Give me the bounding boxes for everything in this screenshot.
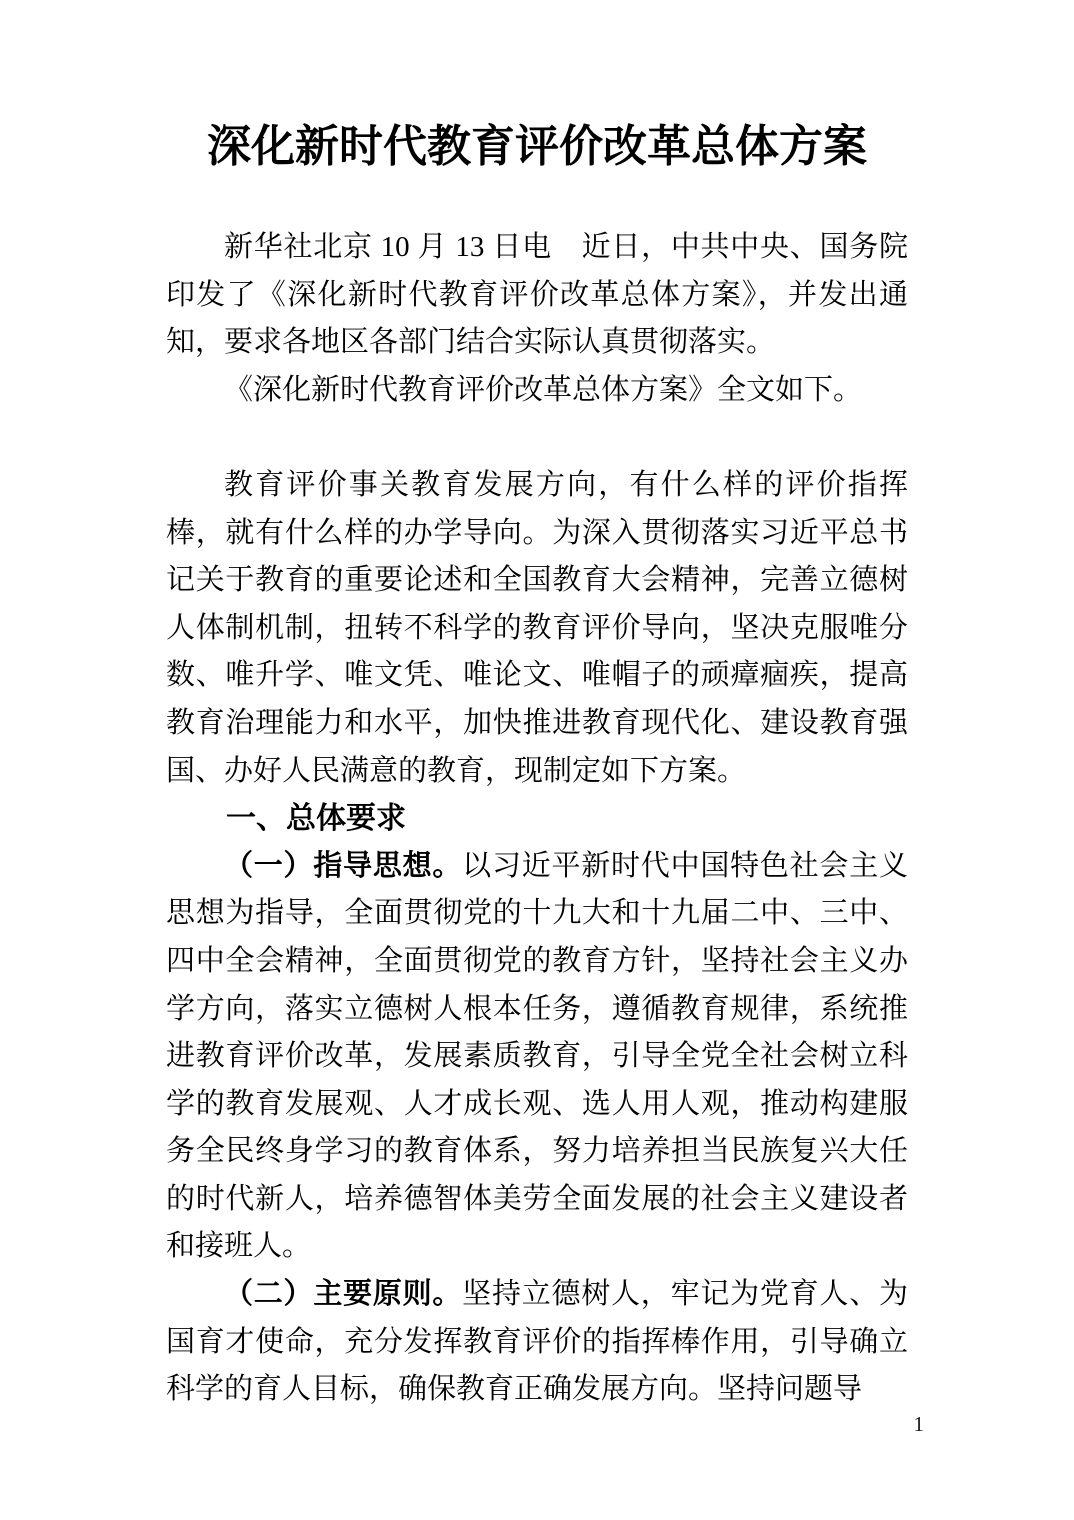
paragraph-dateline: 新华社北京 10 月 13 日电 近日，中共中央、国务院印发了《深化新时代教育评… [166,224,908,367]
guiding-ideology-text: 以习近平新时代中国特色社会主义思想为指导，全面贯彻党的十九大和十九届二中、三中、… [166,850,908,1263]
main-principles-lead: （二）主要原则。 [224,1278,462,1310]
document-body: 新华社北京 10 月 13 日电 近日，中共中央、国务院印发了《深化新时代教育评… [166,224,908,1414]
paragraph-intro: 教育评价事关教育发展方向，有什么样的评价指挥棒，就有什么样的办学导向。为深入贯彻… [166,462,908,795]
blank-line [166,414,908,462]
section-heading-overall-requirements: 一、总体要求 [166,795,908,843]
guiding-ideology-lead: （一）指导思想。 [224,850,462,882]
document-page: 深化新时代教育评价改革总体方案 新华社北京 10 月 13 日电 近日，中共中央… [0,0,1074,1520]
document-title: 深化新时代教育评价改革总体方案 [0,0,1074,176]
page-number: 1 [914,1412,925,1436]
paragraph-fulltext-note: 《深化新时代教育评价改革总体方案》全文如下。 [166,367,908,415]
paragraph-main-principles: （二）主要原则。坚持立德树人，牢记为党育人、为国育才使命，充分发挥教育评价的指挥… [166,1271,908,1414]
paragraph-guiding-ideology: （一）指导思想。以习近平新时代中国特色社会主义思想为指导，全面贯彻党的十九大和十… [166,843,908,1271]
